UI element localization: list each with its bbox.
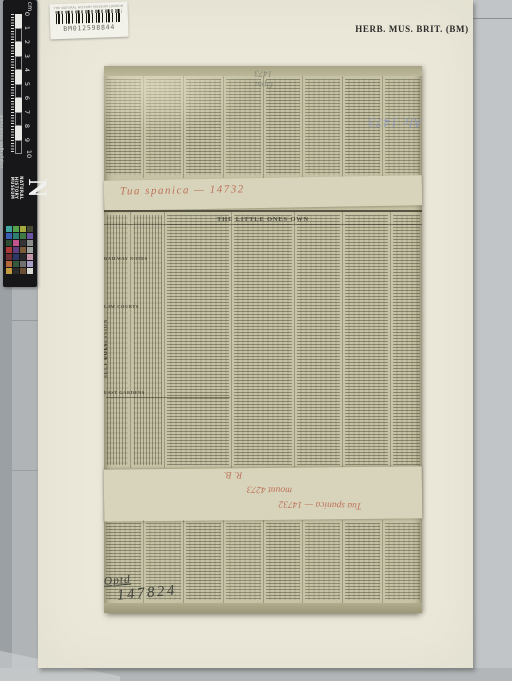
ruler-tick-label: 7 — [23, 110, 31, 114]
checker-swatch — [6, 240, 12, 246]
ruler-cm-segment — [15, 14, 22, 28]
ruler-cm-segment — [15, 70, 22, 84]
nhm-logo-text-line: NATURAL — [18, 173, 23, 203]
ruler-tick-label: 5 — [23, 82, 31, 86]
ruler-cm-segment — [15, 140, 22, 154]
newsprint-column — [104, 76, 143, 178]
checker-swatch — [27, 254, 33, 260]
checker-swatch — [27, 240, 33, 246]
checker-swatch — [20, 247, 26, 253]
nhm-logo-letter: N — [24, 173, 50, 203]
table-seam-line — [12, 320, 38, 321]
checker-swatch — [6, 261, 12, 267]
checker-swatch — [6, 247, 12, 253]
nhm-logo-text: NATURAL HISTORY MUSEUM — [9, 173, 23, 203]
newsprint-headline: LAW COURTS — [104, 304, 422, 309]
background-table-right — [473, 0, 512, 681]
checker-swatch — [13, 261, 19, 267]
checker-swatch — [6, 268, 12, 274]
checker-swatch — [6, 254, 12, 260]
checker-swatch — [27, 268, 33, 274]
newsprint-headline: RAILWAY NOTES — [104, 256, 422, 261]
checker-swatch — [6, 226, 12, 232]
red-ink-line: R. B. — [134, 465, 242, 482]
ruler-copyright-text: copyright reserved — [0, 58, 5, 168]
barcode-bars — [56, 9, 122, 24]
paper-strip-lower: Tua spanica — 14732 mount 4273 R. B. — [104, 466, 423, 521]
checker-swatch — [27, 247, 33, 253]
photo-stage: HERB. MUS. BRIT. (BM) Tua spanica — 1473… — [0, 0, 512, 681]
ruler-labels: 012345678910 — [25, 14, 37, 164]
scale-ruler: cm 012345678910 copyright reserved N NAT… — [3, 0, 37, 287]
red-ink-annotation: Tua spanica — 14732 — [120, 180, 422, 197]
checker-swatch — [27, 261, 33, 267]
table-seam-line — [12, 470, 38, 471]
checker-swatch — [20, 240, 26, 246]
checker-swatch — [20, 261, 26, 267]
ruler-cm-segment — [15, 42, 22, 56]
checker-swatch — [20, 226, 26, 232]
newspaper-packet: Tua spanica — 14732 THE LITTLE ONES OWN … — [104, 66, 422, 613]
checker-swatch — [20, 254, 26, 260]
checker-swatch — [13, 240, 19, 246]
ruler-cm-segment — [15, 56, 22, 70]
newsprint-headline: GOLF — [104, 316, 422, 360]
ruler-scale — [15, 14, 22, 154]
paper-strip-upper: Tua spanica — 14732 — [104, 175, 422, 211]
newsprint-headline: THE LITTLE ONES OWN — [104, 216, 422, 225]
ruler-cm-segment — [15, 126, 22, 140]
checker-swatch — [13, 247, 19, 253]
color-checker — [6, 226, 34, 274]
checker-swatch — [20, 268, 26, 274]
ruler-tick-label: 2 — [23, 40, 31, 44]
ruler-tick-label: 0 — [23, 12, 31, 16]
ruler-unit-label: cm — [26, 2, 33, 11]
nhm-logo: N NATURAL HISTORY MUSEUM — [0, 173, 50, 203]
checker-swatch — [27, 226, 33, 232]
ruler-cm-segment — [15, 28, 22, 42]
checker-swatch — [27, 233, 33, 239]
ruler-tick-label: 3 — [23, 54, 31, 58]
checker-swatch — [20, 233, 26, 239]
checker-swatch — [6, 233, 12, 239]
ruler-cm-segment — [15, 98, 22, 112]
newsprint-headline: EAST GARDENS — [104, 390, 422, 395]
checker-swatch — [13, 254, 19, 260]
ruler-tick-label: 8 — [23, 124, 31, 128]
newsprint-column — [143, 76, 183, 178]
barcode-label: THE NATURAL HISTORY MUSEUM LONDON BM0125… — [49, 2, 128, 40]
ruler-tick-label: 9 — [23, 138, 31, 142]
herbarium-stamp: HERB. MUS. BRIT. (BM) — [352, 24, 472, 34]
newsprint-rule — [106, 397, 230, 398]
ruler-tick-label: 4 — [23, 68, 31, 72]
red-ink-line: Tua spanica — 14732 — [134, 493, 362, 513]
ruler-cm-segment — [15, 84, 22, 98]
ruler-tick-label: 6 — [23, 96, 31, 100]
barcode-number: BM012598844 — [50, 23, 128, 34]
table-seam-line — [473, 18, 512, 19]
checker-swatch — [13, 233, 19, 239]
checker-swatch — [13, 226, 19, 232]
red-ink-annotation-inverted: Tua spanica — 14732 mount 4273 R. B. — [103, 464, 422, 517]
checker-swatch — [13, 268, 19, 274]
ruler-tick-label: 1 — [23, 26, 31, 30]
ruler-cm-segment — [15, 112, 22, 126]
herbarium-sheet: HERB. MUS. BRIT. (BM) Tua spanica — 1473… — [38, 0, 473, 668]
nhm-logo-text-line: MUSEUM — [9, 173, 14, 203]
packet-bottom-fold — [104, 603, 422, 613]
ruler-mm-ticks — [11, 14, 14, 154]
ruler-tick-label: 10 — [25, 150, 33, 158]
